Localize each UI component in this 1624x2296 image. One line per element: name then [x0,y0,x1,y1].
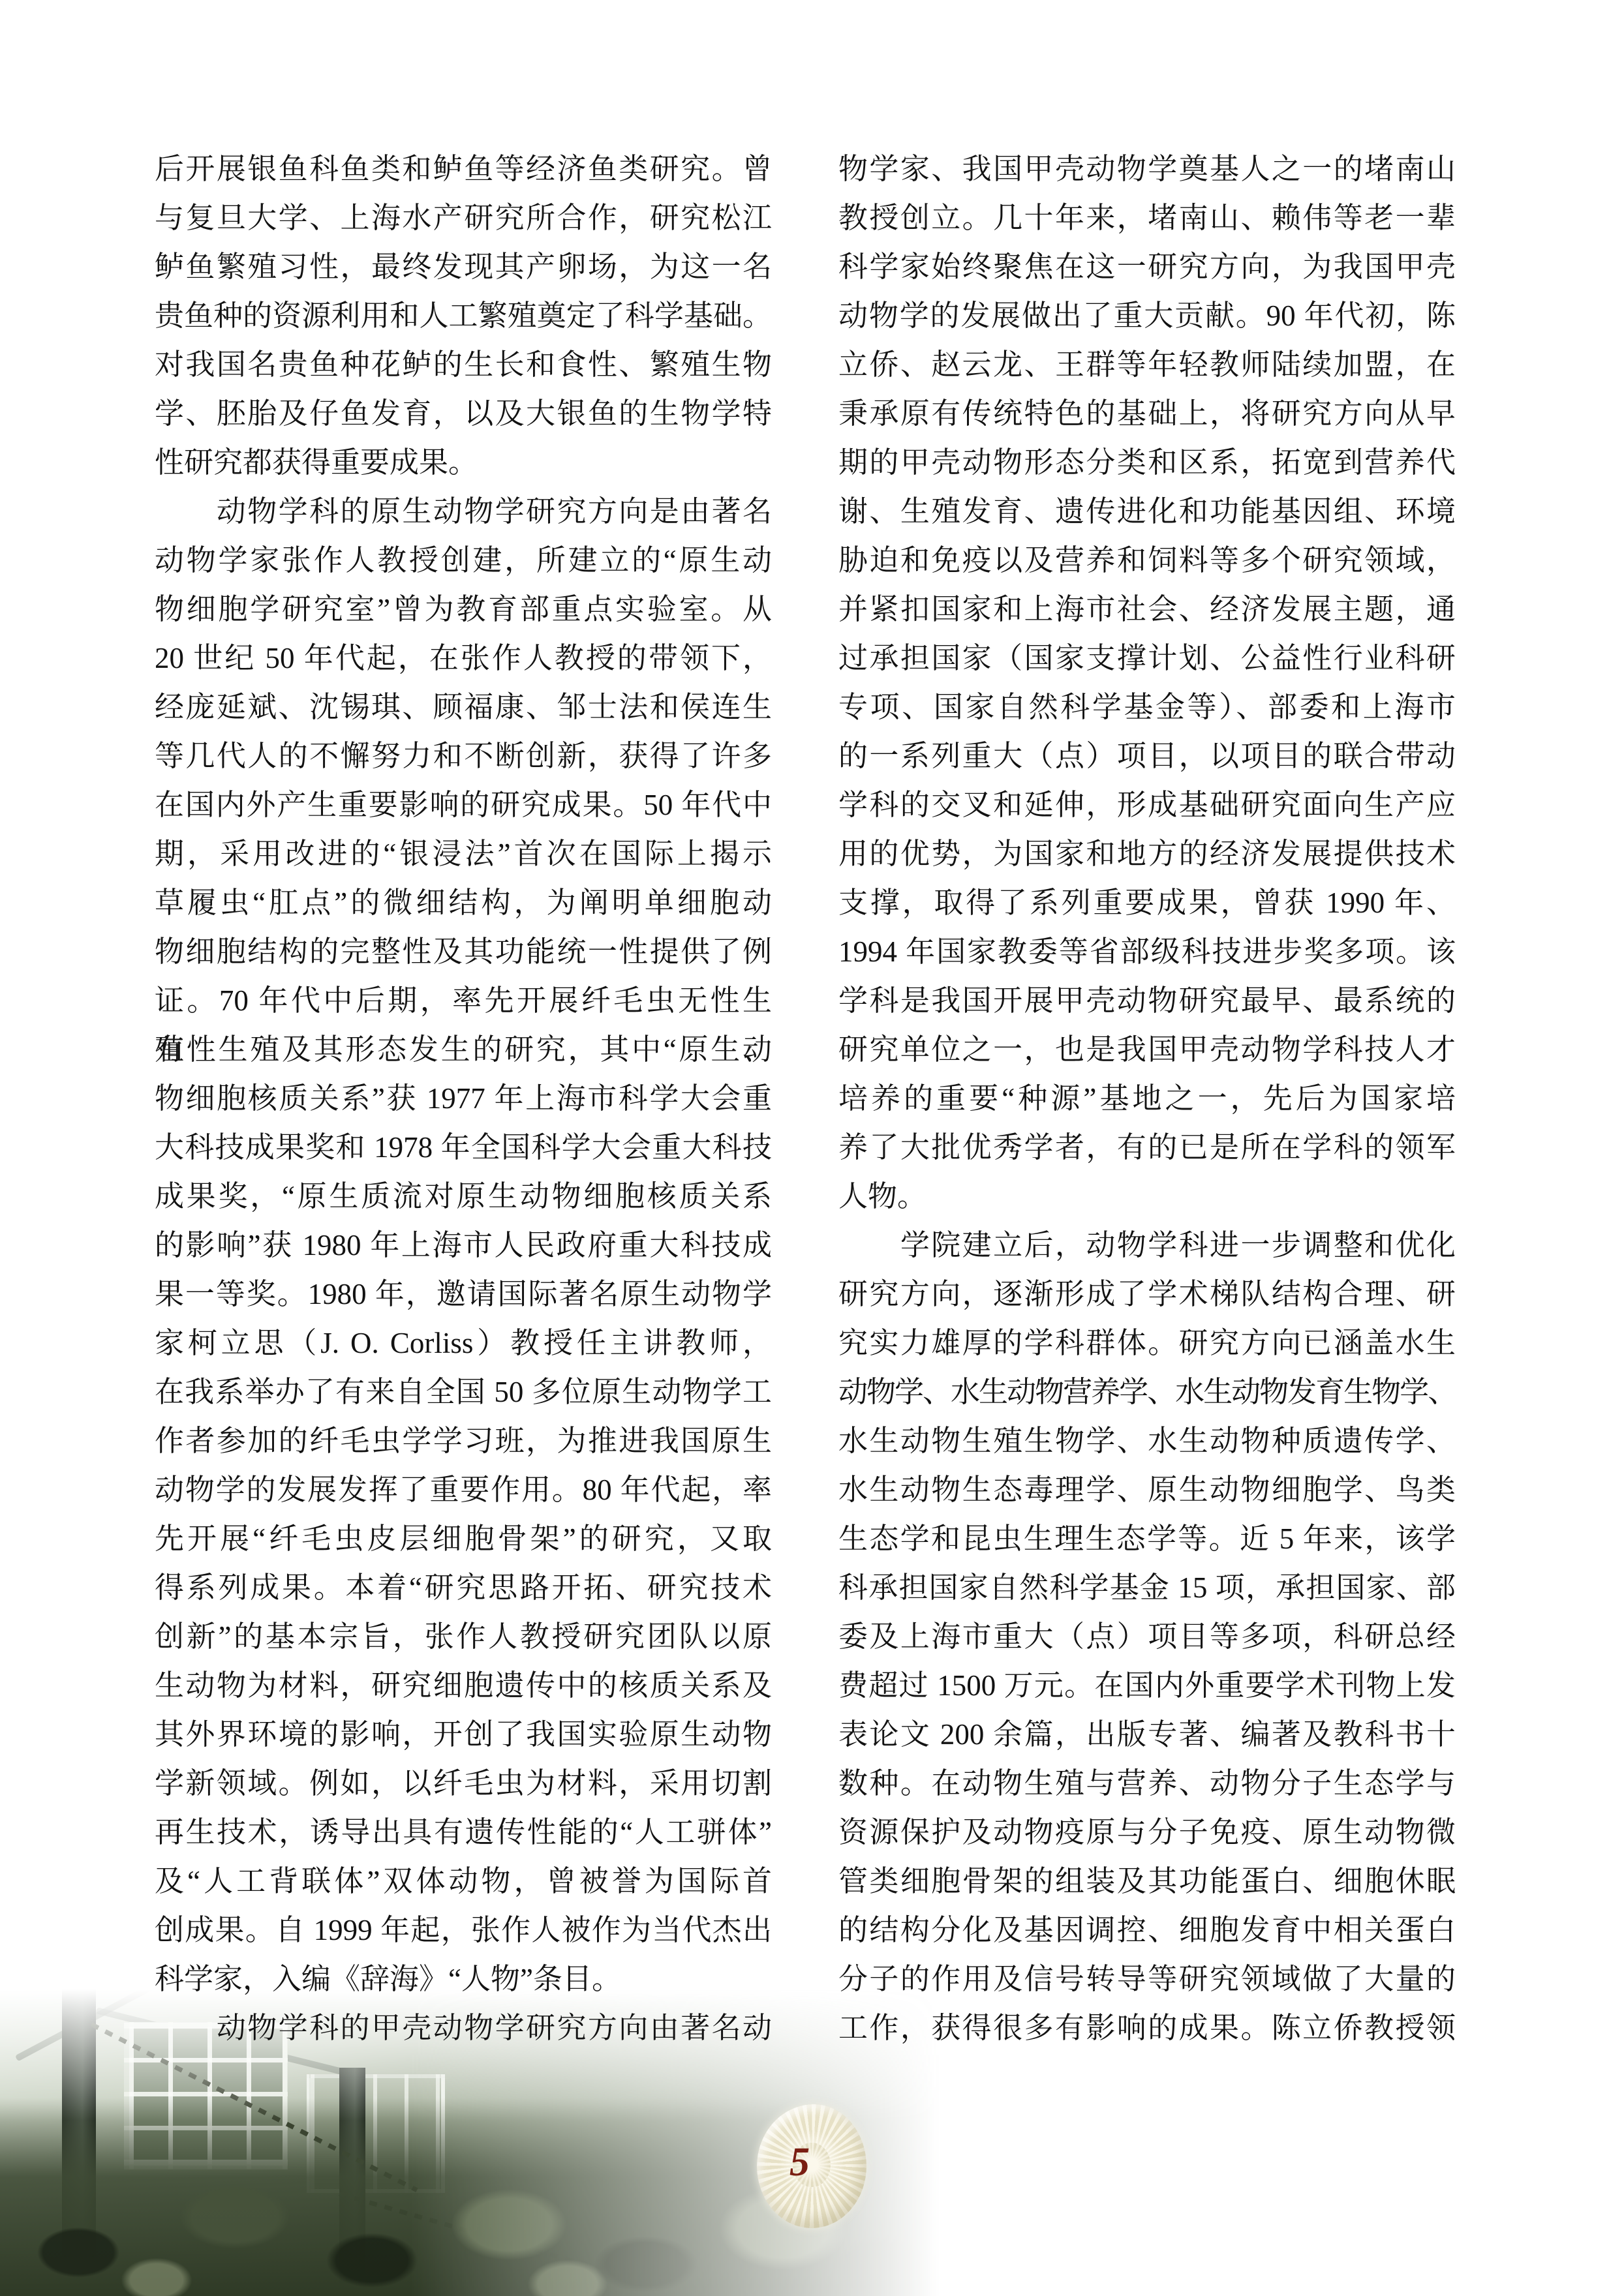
text-line: 1994 年国家教委等省部级科技进步奖多项。该 [838,928,1456,976]
text-line: 创新”的基本宗旨，张作人教授研究团队以原 [155,1612,772,1661]
text-line: 支撑，取得了系列重要成果，曾获 1990 年、 [838,879,1456,928]
text-line: 生动物为材料，研究细胞遗传中的核质关系及 [155,1661,772,1710]
text-line: 的影响”获 1980 年上海市人民政府重大科技成 [155,1221,772,1270]
text-line: 期，采用改进的“银浸法”首次在国际上揭示 [155,830,772,879]
text-line: 人物。 [838,1172,1456,1221]
text-line: 水生动物生殖生物学、水生动物种质遗传学、 [838,1417,1456,1466]
text-line: 科学家，入编《辞海》“人物”条目。 [155,1955,772,2004]
text-line: 与复旦大学、上海水产研究所合作，研究松江 [155,194,772,243]
left-column: 后开展银鱼科鱼类和鲈鱼等经济鱼类研究。曾与复旦大学、上海水产研究所合作，研究松江… [155,145,772,2053]
text-line: 秉承原有传统特色的基础上，将研究方向从早 [838,389,1456,438]
text-line: 在我系举办了有来自全国 50 多位原生动物学工 [155,1368,772,1417]
text-line: 鲈鱼繁殖习性，最终发现其产卵场，为这一名 [155,243,772,292]
text-line: 数种。在动物生殖与营养、动物分子生态学与 [838,1759,1456,1808]
text-line: 的结构分化及基因调控、细胞发育中相关蛋白 [838,1906,1456,1955]
text-line: 学新领域。例如，以纤毛虫为材料，采用切割 [155,1759,772,1808]
text-line: 物细胞结构的完整性及其功能统一性提供了例 [155,928,772,976]
text-line: 工作，获得很多有影响的成果。陈立侨教授领 [838,2004,1456,2053]
text-line: 动物学家张作人教授创建，所建立的“原生动 [155,536,772,585]
text-line: 研究单位之一，也是我国甲壳动物学科技人才 [838,1025,1456,1074]
text-line: 先开展“纤毛虫皮层细胞骨架”的研究，又取 [155,1515,772,1563]
text-line: 有性生殖及其形态发生的研究，其中“原生动 [155,1025,772,1074]
text-line: 动物学科的甲壳动物学研究方向由著名动 [155,2004,772,2053]
text-line: 胁迫和免疫以及营养和饲料等多个研究领域， [838,536,1456,585]
text-line: 教授创立。几十年来，堵南山、赖伟等老一辈 [838,194,1456,243]
text-line: 在国内外产生重要影响的研究成果。50 年代中 [155,781,772,830]
text-line: 谢、生殖发育、遗传进化和功能基因组、环境 [838,487,1456,536]
text-line: 等几代人的不懈努力和不断创新，获得了许多 [155,732,772,781]
text-line: 物细胞核质关系”获 1977 年上海市科学大会重 [155,1074,772,1123]
text-line: 学、胚胎及仔鱼发育，以及大银鱼的生物学特 [155,389,772,438]
text-line: 成果奖，“原生质流对原生动物细胞核质关系 [155,1172,772,1221]
text-line: 20 世纪 50 年代起，在张作人教授的带领下， [155,634,772,683]
text-line: 养了大批优秀学者，有的已是所在学科的领军 [838,1123,1456,1172]
text-line: 大科技成果奖和 1978 年全国科学大会重大科技 [155,1123,772,1172]
text-line: 动物学、水生动物营养学、水生动物发育生物学、 [838,1368,1456,1417]
document-page: 后开展银鱼科鱼类和鲈鱼等经济鱼类研究。曾与复旦大学、上海水产研究所合作，研究松江… [0,0,1624,2296]
text-line: 科承担国家自然科学基金 15 项，承担国家、部 [838,1563,1456,1612]
text-line: 对我国名贵鱼种花鲈的生长和食性、繁殖生物 [155,340,772,389]
text-line: 表论文 200 余篇，出版专著、编著及教科书十 [838,1710,1456,1759]
text-line: 学科的交叉和延伸，形成基础研究面向生产应 [838,781,1456,830]
text-line: 过承担国家（国家支撑计划、公益性行业科研 [838,634,1456,683]
text-line: 究实力雄厚的学科群体。研究方向已涵盖水生 [838,1319,1456,1368]
page-number: 5 [789,2142,810,2183]
text-line: 性研究都获得重要成果。 [155,438,772,487]
text-line: 学院建立后，动物学科进一步调整和优化 [838,1221,1456,1270]
text-line: 生态学和昆虫生理生态学等。近 5 年来，该学 [838,1515,1456,1563]
text-line: 得系列成果。本着“研究思路开拓、研究技术 [155,1563,772,1612]
text-line: 用的优势，为国家和地方的经济发展提供技术 [838,830,1456,879]
text-line: 研究方向，逐渐形成了学术梯队结构合理、研 [838,1270,1456,1319]
text-line: 草履虫“肛点”的微细结构，为阐明单细胞动 [155,879,772,928]
text-line: 家柯立思（J. O. Corliss）教授任主讲教师， [155,1319,772,1368]
text-line: 物学家、我国甲壳动物学奠基人之一的堵南山 [838,145,1456,194]
text-line: 经庞延斌、沈锡琪、顾福康、邹士法和侯连生 [155,683,772,732]
text-line: 果一等奖。1980 年，邀请国际著名原生动物学 [155,1270,772,1319]
text-line: 及“人工背联体”双体动物，曾被誉为国际首 [155,1857,772,1906]
text-line: 并紧扣国家和上海市社会、经济发展主题，通 [838,585,1456,634]
text-line: 贵鱼种的资源利用和人工繁殖奠定了科学基础。 [155,292,772,340]
text-line: 动物学的发展做出了重大贡献。90 年代初，陈 [838,292,1456,340]
text-line: 专项、国家自然科学基金等）、部委和上海市 [838,683,1456,732]
ammonite-shell-icon: 5 [757,2104,866,2228]
text-line: 证。70 年代中后期，率先开展纤毛虫无性生殖、 [155,976,772,1025]
text-line: 其外界环境的影响，开创了我国实验原生动物 [155,1710,772,1759]
text-line: 物细胞学研究室”曾为教育部重点实验室。从 [155,585,772,634]
text-line: 再生技术，诱导出具有遗传性能的“人工骈体” [155,1808,772,1857]
text-line: 期的甲壳动物形态分类和区系，拓宽到营养代 [838,438,1456,487]
text-line: 委及上海市重大（点）项目等多项，科研总经 [838,1612,1456,1661]
text-line: 作者参加的纤毛虫学学习班，为推进我国原生 [155,1417,772,1466]
right-column: 物学家、我国甲壳动物学奠基人之一的堵南山教授创立。几十年来，堵南山、赖伟等老一辈… [838,145,1456,2053]
text-line: 水生动物生态毒理学、原生动物细胞学、鸟类 [838,1466,1456,1515]
text-line: 费超过 1500 万元。在国内外重要学术刊物上发 [838,1661,1456,1710]
text-line: 培养的重要“种源”基地之一，先后为国家培 [838,1074,1456,1123]
text-line: 动物学科的原生动物学研究方向是由著名 [155,487,772,536]
text-line: 的一系列重大（点）项目，以项目的联合带动 [838,732,1456,781]
text-line: 分子的作用及信号转导等研究领域做了大量的 [838,1955,1456,2004]
text-line: 管类细胞骨架的组装及其功能蛋白、细胞休眠 [838,1857,1456,1906]
text-line: 创成果。自 1999 年起，张作人被作为当代杰出 [155,1906,772,1955]
text-line: 后开展银鱼科鱼类和鲈鱼等经济鱼类研究。曾 [155,145,772,194]
text-line: 科学家始终聚焦在这一研究方向，为我国甲壳 [838,243,1456,292]
text-line: 资源保护及动物疫原与分子免疫、原生动物微 [838,1808,1456,1857]
text-line: 立侨、赵云龙、王群等年轻教师陆续加盟，在 [838,340,1456,389]
text-line: 学科是我国开展甲壳动物研究最早、最系统的 [838,976,1456,1025]
text-line: 动物学的发展发挥了重要作用。80 年代起，率 [155,1466,772,1515]
